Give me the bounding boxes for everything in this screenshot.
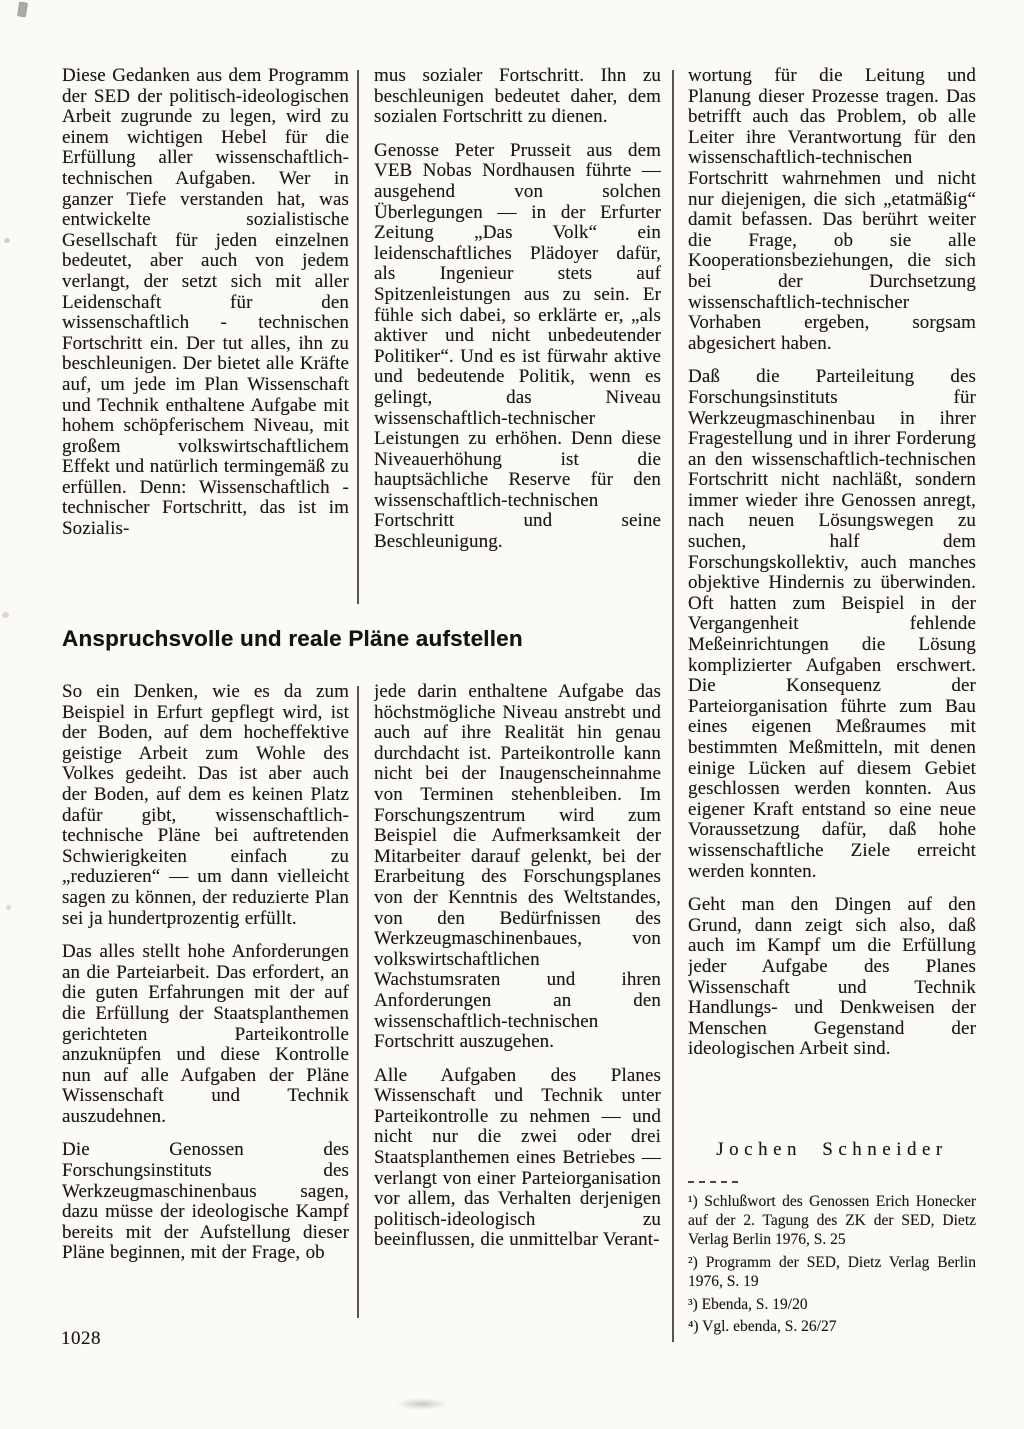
scan-speck bbox=[6, 905, 11, 910]
paragraph: Die Genossen des Forschungsinstituts des… bbox=[62, 1140, 349, 1264]
paragraph: Diese Gedanken aus dem Programm der SED … bbox=[62, 66, 349, 540]
scan-smudge bbox=[396, 1398, 448, 1410]
scan-speck bbox=[2, 612, 9, 618]
footnote-separator bbox=[688, 1181, 738, 1183]
magazine-page: Diese Gedanken aus dem Programm der SED … bbox=[0, 0, 1024, 1429]
column-1-top: Diese Gedanken aus dem Programm der SED … bbox=[62, 66, 349, 622]
column-3-footer: Jochen Schneider ¹) Schlußwort des Genos… bbox=[688, 1140, 976, 1339]
paragraph: jede darin enthaltene Aufgabe das höchst… bbox=[374, 682, 661, 1053]
paragraph: Alle Aufgaben des Planes Wissenschaft un… bbox=[374, 1066, 661, 1251]
column-3: wortung für die Leitung und Planung dies… bbox=[688, 66, 976, 1132]
column-divider bbox=[357, 70, 359, 604]
column-2-top: mus sozialer Fortschritt. Ihn zu beschle… bbox=[374, 66, 661, 622]
column-divider bbox=[357, 686, 359, 1318]
column-2-bottom: jede darin enthaltene Aufgabe das höchst… bbox=[374, 682, 661, 1326]
paragraph: Daß die Parteileitung des Forschungsinst… bbox=[688, 367, 976, 882]
paragraph: So ein Denken, wie es da zum Beispiel in… bbox=[62, 682, 349, 929]
section-heading: Anspruchsvolle und reale Pläne aufstelle… bbox=[62, 626, 682, 652]
footnote: ⁴) Vgl. ebenda, S. 26/27 bbox=[688, 1317, 976, 1336]
footnote: ²) Programm der SED, Dietz Verlag Berlin… bbox=[688, 1253, 976, 1292]
scan-artifact bbox=[17, 1, 28, 17]
scan-speck bbox=[4, 238, 10, 243]
footnote: ³) Ebenda, S. 19/20 bbox=[688, 1295, 976, 1314]
paragraph: Das alles stellt hohe Anforderungen an d… bbox=[62, 942, 349, 1127]
footnote: ¹) Schlußwort des Genossen Erich Honecke… bbox=[688, 1192, 976, 1250]
paragraph: wortung für die Leitung und Planung dies… bbox=[688, 66, 976, 354]
paragraph: mus sozialer Fortschritt. Ihn zu beschle… bbox=[374, 66, 661, 128]
column-1-bottom: So ein Denken, wie es da zum Beispiel in… bbox=[62, 682, 349, 1326]
page-number: 1028 bbox=[61, 1328, 101, 1350]
paragraph: Geht man den Dingen auf den Grund, dann … bbox=[688, 895, 976, 1060]
author-signature: Jochen Schneider bbox=[688, 1140, 976, 1161]
paragraph: Genosse Peter Prusseit aus dem VEB Nobas… bbox=[374, 141, 661, 553]
column-divider bbox=[672, 70, 674, 1342]
